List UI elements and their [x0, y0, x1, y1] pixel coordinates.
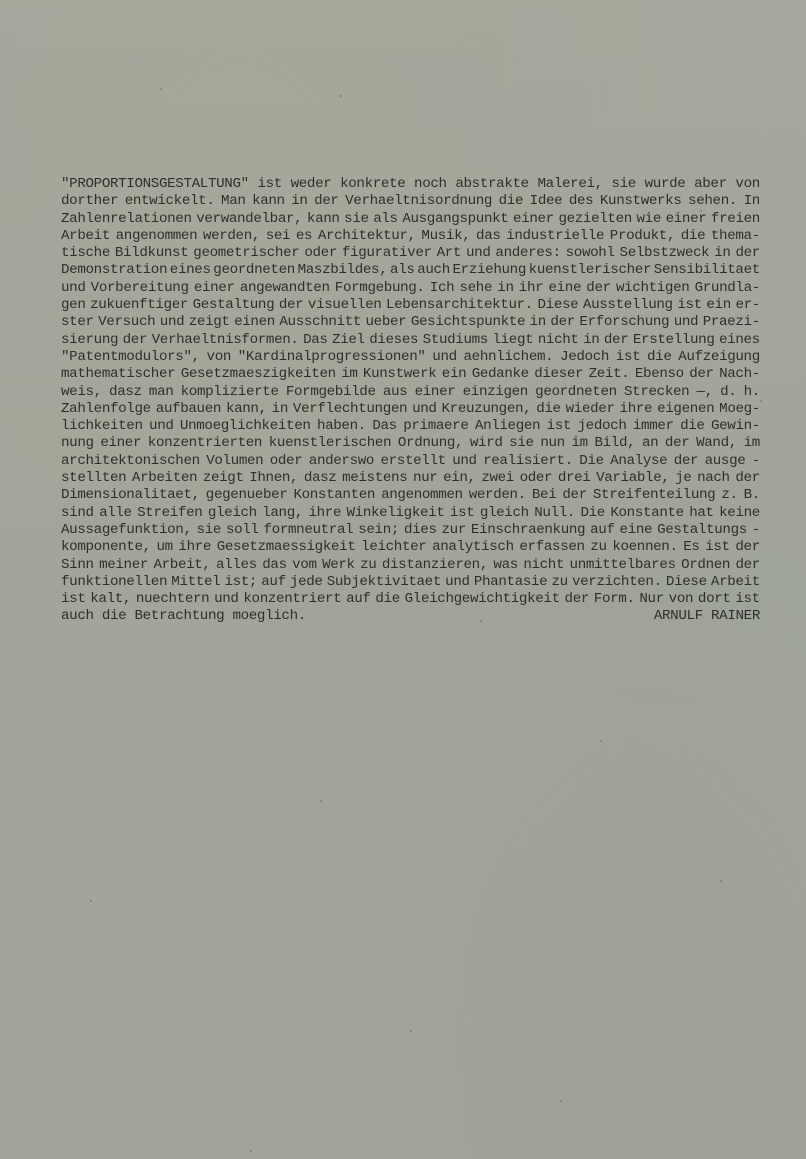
word: Architektur, [318, 228, 416, 245]
word: man [149, 384, 174, 401]
closing-line: auch die Betrachtung moeglich. ARNULF RA… [61, 608, 760, 625]
word: nicht [538, 332, 579, 349]
word: sehe [459, 280, 492, 297]
word: hat [689, 505, 714, 522]
word: freien [711, 211, 760, 228]
word: ein, [443, 470, 476, 487]
word: des [569, 193, 594, 210]
word: werden. [469, 487, 526, 504]
word: die [647, 349, 672, 366]
word: der [735, 245, 760, 262]
word: dieser [534, 366, 583, 383]
word: aber [694, 176, 727, 193]
word: der [735, 470, 760, 487]
paper-speck [480, 620, 482, 622]
word: weis, [61, 384, 102, 401]
word: Form. [594, 591, 635, 608]
text-line: Dimensionalitaet,gegenueberKonstantenang… [61, 487, 760, 504]
word: Verhaeltnisformen. [152, 332, 299, 349]
word: das [262, 557, 287, 574]
word: oder [520, 470, 553, 487]
word: wird [470, 435, 503, 452]
word: Null. [534, 505, 575, 522]
word: ihre [308, 505, 341, 522]
word: Gewin- [711, 418, 760, 435]
word: sie [509, 435, 534, 452]
word: zur [442, 522, 467, 539]
word: der [565, 591, 590, 608]
word: Konstante [610, 505, 683, 522]
word: eigenen [657, 401, 714, 418]
word: und [466, 245, 491, 262]
text-line: funktionellenMittelist;aufjedeSubjektivi… [61, 574, 760, 591]
word: ihr [519, 280, 544, 297]
word: der [689, 366, 714, 383]
word: der [586, 280, 611, 297]
word: einen [234, 314, 275, 331]
word: kann [252, 193, 285, 210]
word: eine [548, 280, 581, 297]
word: Anliegen [475, 418, 540, 435]
word: Werk [322, 557, 355, 574]
text-line: undVorbereitungeinerangewandtenFormgebun… [61, 280, 760, 297]
word: Produkt, [610, 228, 675, 245]
word: Moeg- [719, 401, 760, 418]
word: Malerei, [538, 176, 603, 193]
word: ist [677, 297, 702, 314]
word: jede [290, 574, 323, 591]
word: je [675, 470, 691, 487]
paper-speck [340, 95, 342, 97]
text-line: "PROPORTIONSGESTALTUNG"istwederkonkreten… [61, 176, 760, 193]
word: Kunstwerk [363, 366, 436, 383]
text-line: komponente,umihreGesetzmaessigkeitleicht… [61, 539, 760, 556]
word: - [752, 522, 760, 539]
text-line: stelltenArbeitenzeigtIhnen,daszmeistensn… [61, 470, 760, 487]
word: Aufzeigung [678, 349, 760, 366]
word: aufbauen [156, 401, 221, 418]
word: Winkeligkeit [347, 505, 445, 522]
text-line: mathematischerGesetzmaeszigkeitenimKunst… [61, 366, 760, 383]
word: erfassen [519, 539, 584, 556]
text-line: dortherentwickelt.MankanninderVerhaeltni… [61, 193, 760, 210]
word: Wand, [696, 435, 737, 452]
word: Ich [430, 280, 455, 297]
word: visuellen [308, 297, 381, 314]
word: wie [637, 211, 662, 228]
word: kuenstlerischen [269, 435, 391, 452]
word: funktionellen [61, 574, 167, 591]
manifesto-text: "PROPORTIONSGESTALTUNG"istwederkonkreten… [61, 176, 760, 626]
word: Formgebung. [335, 280, 425, 297]
word: Diese [666, 574, 707, 591]
word: Zahlenrelationen [61, 211, 192, 228]
word: kann [307, 211, 340, 228]
word: —, [697, 384, 713, 401]
word: In [744, 193, 760, 210]
word: was [493, 557, 518, 574]
word: geometrischer [193, 245, 299, 262]
word: Gleichgewichtigkeit [405, 591, 560, 608]
word: von [669, 591, 694, 608]
word: nicht [523, 557, 564, 574]
word: Verhaeltnisordnung [345, 193, 492, 210]
word: auf [261, 574, 286, 591]
word: und [432, 349, 457, 366]
text-line: "Patentmodulors",von"Kardinalprogression… [61, 349, 760, 366]
word: Sensibilitaet [654, 262, 760, 279]
word: Ordnen [681, 557, 730, 574]
word: Lebensarchitektur. [386, 297, 533, 314]
word: in [497, 280, 513, 297]
text-line: weis,daszmankomplizierteFormgebildeausei… [61, 384, 760, 401]
paper-speck [720, 880, 722, 882]
word: "Patentmodulors", [61, 349, 200, 366]
word: der [314, 193, 339, 210]
word: wurde [645, 176, 686, 193]
word: keine [719, 505, 760, 522]
paper-speck [320, 800, 322, 802]
word: geordneten [535, 384, 617, 401]
word: Formgebilde [286, 384, 376, 401]
text-line: sindalleStreifengleichlang,ihreWinkeligk… [61, 505, 760, 522]
word: lichkeiten [61, 418, 143, 435]
word: von [735, 176, 760, 193]
word: "Kardinalprogressionen" [238, 349, 426, 366]
word: ist [450, 505, 475, 522]
paper-speck [250, 1150, 252, 1152]
word: nach [697, 470, 730, 487]
word: eines [170, 262, 211, 279]
word: verwandelbar, [196, 211, 302, 228]
word: angewandten [240, 280, 330, 297]
word: zu [360, 557, 376, 574]
word: gleich [480, 505, 529, 522]
word: gleich [208, 505, 257, 522]
paper-speck [700, 210, 702, 212]
word: angenommen [116, 228, 198, 245]
word: ein [442, 366, 467, 383]
word: eines [719, 332, 760, 349]
word: Ordnung, [398, 435, 463, 452]
word: Vorbereitung [91, 280, 189, 297]
word: im [571, 435, 587, 452]
word: oder [304, 245, 337, 262]
word: Gestaltungs [657, 522, 747, 539]
word: Ausgangspunkt [402, 211, 508, 228]
word: in [291, 193, 307, 210]
author-signature: ARNULF RAINER [654, 608, 760, 625]
word: einer [666, 211, 707, 228]
word: geordneten [213, 262, 295, 279]
word: kann, [226, 401, 267, 418]
word: ist [547, 418, 572, 435]
word: zwei [481, 470, 514, 487]
word: Aussagefunktion, [61, 522, 192, 539]
paper-speck [760, 400, 762, 402]
word: Streifenteilung [593, 487, 715, 504]
paper-speck [160, 88, 162, 90]
word: - [752, 453, 760, 470]
word: kuenstlerischer [529, 262, 651, 279]
word: mathematischer [61, 366, 175, 383]
word: distanzieren, [382, 557, 488, 574]
word: Unmoeglichkeiten [180, 418, 311, 435]
word: konkrete [340, 176, 405, 193]
paper-speck [230, 300, 232, 302]
word: Ebenso [635, 366, 684, 383]
word: der [123, 332, 148, 349]
word: um [156, 539, 172, 556]
closing-text: auch die Betrachtung moeglich. [61, 608, 306, 625]
word: Gedanke [472, 366, 529, 383]
word: und [214, 591, 239, 608]
word: zukuenftiger [90, 297, 188, 314]
text-line: sierungderVerhaeltnisformen.DasZieldiese… [61, 332, 760, 349]
word: sein; [358, 522, 399, 539]
text-line: istkalt,nuechternundkonzentriertaufdieGl… [61, 591, 760, 608]
word: die [375, 591, 400, 608]
word: erstellt [380, 453, 445, 470]
word: Ihnen, [249, 470, 298, 487]
word: der [665, 435, 690, 452]
word: figurativer [342, 245, 432, 262]
word: Nur [639, 591, 664, 608]
word: und [149, 418, 174, 435]
word: Selbstzweck [620, 245, 710, 262]
word: z. [721, 487, 737, 504]
word: dies [404, 522, 437, 539]
word: in [530, 314, 546, 331]
word: und [61, 280, 86, 297]
word: als [373, 211, 398, 228]
word: sie [197, 522, 222, 539]
word: Volumen [206, 453, 263, 470]
word: gen [61, 297, 86, 314]
word: wichtigen [616, 280, 689, 297]
word: Diese [538, 297, 579, 314]
paper-speck [410, 1030, 412, 1032]
text-line: Zahlenfolgeaufbauenkann,inVerflechtungen… [61, 401, 760, 418]
word: B. [744, 487, 760, 504]
word: Arbeiten [132, 470, 197, 487]
word: vom [292, 557, 317, 574]
word: abstrakte [455, 176, 528, 193]
word: von [207, 349, 232, 366]
word: im [744, 435, 760, 452]
word: formneutral [264, 522, 354, 539]
word: Grundla- [695, 280, 760, 297]
word: nur [413, 470, 438, 487]
word: Bei [532, 487, 557, 504]
word: Konstanten [293, 487, 375, 504]
text-line: tischeBildkunstgeometrischeroderfigurati… [61, 245, 760, 262]
word: angenommen [381, 487, 463, 504]
word: ist [61, 591, 86, 608]
word: Kunstwerks [600, 193, 682, 210]
word: Analyse [610, 453, 667, 470]
word: Strecken [624, 384, 689, 401]
word: sind [61, 505, 94, 522]
word: komplizierte [181, 384, 279, 401]
word: die [680, 418, 705, 435]
word: ist [705, 539, 730, 556]
word: und [412, 401, 437, 418]
word: Ausschnitt [279, 314, 361, 331]
word: die [499, 193, 524, 210]
word: und [445, 574, 470, 591]
word: Die [580, 505, 605, 522]
word: dieses [369, 332, 418, 349]
word: ist [257, 176, 282, 193]
word: Es [683, 539, 699, 556]
word: Sinn [61, 557, 94, 574]
word: ausge [705, 453, 746, 470]
word: ist [735, 591, 760, 608]
word: Phantasie [474, 574, 547, 591]
word: einzigen [463, 384, 528, 401]
word: und [674, 314, 699, 331]
word: Mittel [171, 574, 220, 591]
word: der [604, 332, 629, 349]
word: Erziehung [453, 262, 526, 279]
word: konzentrierten [148, 435, 262, 452]
word: realisiert. [483, 453, 573, 470]
word: koennen. [612, 539, 677, 556]
word: sie [611, 176, 636, 193]
word: Bildkunst [115, 245, 188, 262]
word: Das [372, 418, 397, 435]
word: zu [551, 574, 567, 591]
word: drei [558, 470, 591, 487]
word: zeigt [203, 470, 244, 487]
word: Zeit. [589, 366, 630, 383]
word: an [642, 435, 658, 452]
word: Art [437, 245, 462, 262]
word: ein [706, 297, 731, 314]
word: analytisch [432, 539, 514, 556]
word: nung [61, 435, 94, 452]
word: alles [216, 557, 257, 574]
word: ist; [224, 574, 257, 591]
word: gezielten [558, 211, 631, 228]
word: einer [513, 211, 554, 228]
word: Das [303, 332, 328, 349]
paper-speck [600, 740, 602, 742]
word: noch [414, 176, 447, 193]
word: verzichten. [572, 574, 662, 591]
word: Demonstration [61, 262, 167, 279]
word: primaere [403, 418, 468, 435]
word: dasz [304, 470, 337, 487]
word: wieder [566, 401, 615, 418]
word: Zahlenfolge [61, 401, 151, 418]
word: immer [633, 418, 674, 435]
word: sowohl [566, 245, 615, 262]
word: Studiums [423, 332, 488, 349]
word: Variable, [596, 470, 669, 487]
text-line: DemonstrationeinesgeordnetenMaszbildes,a… [61, 262, 760, 279]
word: und [160, 314, 185, 331]
word: in [583, 332, 599, 349]
word: zu [590, 539, 606, 556]
word: der [550, 314, 575, 331]
word: einer [194, 280, 235, 297]
word: meiner [99, 557, 148, 574]
word: dasz [109, 384, 142, 401]
word: komponente, [61, 539, 151, 556]
text-line: Arbeitangenommenwerden,seiesArchitektur,… [61, 228, 760, 245]
word: jedoch [578, 418, 627, 435]
word: h. [744, 384, 760, 401]
text-line: sterVersuchundzeigteinenAusschnittueberG… [61, 314, 760, 331]
word: Erstellung [633, 332, 715, 349]
word: Maszbildes, [298, 262, 388, 279]
word: ist [616, 349, 641, 366]
word: als [390, 262, 415, 279]
word: im [341, 366, 357, 383]
word: Gesetzmaessigkeit [217, 539, 356, 556]
text-line: genzukuenftigerGestaltungdervisuellenLeb… [61, 297, 760, 314]
word: in [272, 401, 288, 418]
word: alle [99, 505, 132, 522]
word: ueber [366, 314, 407, 331]
word: in [714, 245, 730, 262]
word: lang, [262, 505, 303, 522]
word: es [296, 228, 312, 245]
word: einer [100, 435, 141, 452]
word: Musik, [421, 228, 470, 245]
word: Erforschung [579, 314, 669, 331]
word: der [279, 297, 304, 314]
word: soll [226, 522, 259, 539]
word: Ziel [332, 332, 365, 349]
word: gegenueber [206, 487, 288, 504]
word: anderes: [495, 245, 560, 262]
word: auf [346, 591, 371, 608]
word: Bild, [594, 435, 635, 452]
word: anderswo [309, 453, 374, 470]
word: liegt [492, 332, 533, 349]
word: industrielle [506, 228, 604, 245]
word: aus [383, 384, 408, 401]
word: der [735, 539, 760, 556]
word: Gesichtspunkte [411, 314, 525, 331]
word: ihre [178, 539, 211, 556]
word: oder [270, 453, 303, 470]
word: Streifen [137, 505, 202, 522]
word: aehnlichem. [464, 349, 554, 366]
word: weder [291, 176, 332, 193]
word: Gesetzmaeszigkeiten [181, 366, 336, 383]
word: der [562, 487, 587, 504]
word: er- [735, 297, 760, 314]
word: auf [590, 522, 615, 539]
word: dort [698, 591, 731, 608]
word: haben. [317, 418, 366, 435]
word: Verflechtungen [293, 401, 407, 418]
word: ster [61, 314, 94, 331]
word: entwickelt. [125, 193, 215, 210]
text-line: lichkeitenundUnmoeglichkeitenhaben.Daspr… [61, 418, 760, 435]
word: die [536, 401, 561, 418]
word: sei [266, 228, 291, 245]
word: Dimensionalitaet, [61, 487, 200, 504]
word: das [476, 228, 501, 245]
word: d. [720, 384, 736, 401]
word: Praezi- [703, 314, 760, 331]
word: ihre [620, 401, 653, 418]
